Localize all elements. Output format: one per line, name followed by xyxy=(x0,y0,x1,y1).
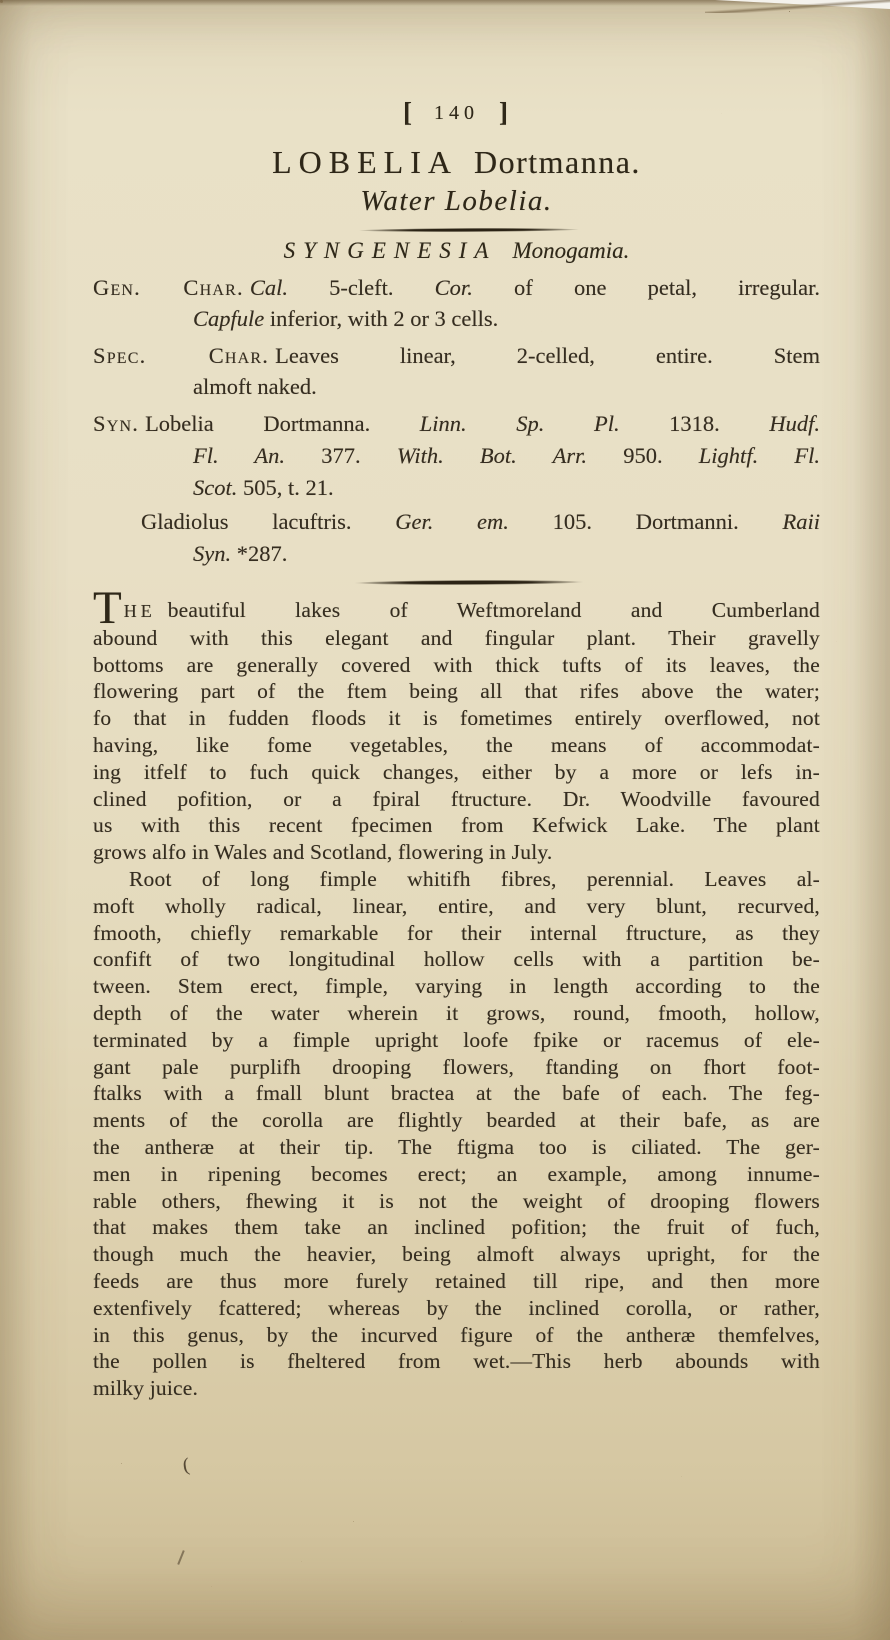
text-run: Lobelia Dortmanna. xyxy=(145,411,420,436)
italic-citation: Cal. xyxy=(250,275,288,300)
text-line: fmooth, chiefly remarkable for their int… xyxy=(93,920,820,947)
text-line: us with this recent fpecimen from Kefwic… xyxy=(93,812,820,839)
text-line: Gladiolus lacuftris. Ger. em. 105. Dortm… xyxy=(141,506,820,538)
text-line: ftalks with a fmall blunt bractea at the… xyxy=(93,1080,820,1107)
class-name: SYNGENESIA xyxy=(284,238,497,263)
text-run: almoft naked. xyxy=(193,374,317,399)
text-block: [140] LOBELIADortmanna. Water Lobelia. S… xyxy=(93,0,820,1402)
stray-ink-mark-paren: ( xyxy=(181,1455,190,1478)
text-run: inferior, with 2 or 3 cells. xyxy=(264,306,498,331)
text-run: 377. xyxy=(285,443,397,468)
italic-citation: Raii xyxy=(783,509,821,534)
text-line: abound with this elegant and fingular pl… xyxy=(93,625,820,652)
italic-citation: Hudf. xyxy=(769,411,820,436)
header-divider-rule xyxy=(357,228,579,233)
text-line: depth of the water wherein it grows, rou… xyxy=(93,1000,820,1027)
text-line: the pollen is fheltered from wet.—This h… xyxy=(93,1348,820,1375)
first-line-text: beautiful lakes of Weftmoreland and Cumb… xyxy=(168,598,820,622)
genus-name: LOBELIA xyxy=(272,144,458,180)
section-divider-rule xyxy=(353,579,583,585)
text-line: extenfively fcattered; whereas by the in… xyxy=(93,1295,820,1322)
text-line: ments of the corolla are flightly bearde… xyxy=(93,1107,820,1134)
text-run: of one petal, irregular. xyxy=(473,275,820,300)
paragraph-description-1: THEbeautiful lakes of Weftmoreland and C… xyxy=(93,597,820,866)
italic-citation: With. Bot. Arr. xyxy=(397,443,587,468)
common-name: Water Lobelia. xyxy=(93,185,820,218)
scanned-book-page: [140] LOBELIADortmanna. Water Lobelia. S… xyxy=(0,0,890,1640)
text-line: Fl. An. 377. With. Bot. Arr. 950. Lightf… xyxy=(193,440,820,472)
text-line: almoft naked. xyxy=(193,371,820,402)
page-number: [140] xyxy=(93,0,820,128)
species-title: LOBELIADortmanna. xyxy=(93,144,820,181)
italic-citation: Linn. Sp. Pl. xyxy=(420,411,620,436)
small-caps-label: Spec. Char. xyxy=(93,343,269,368)
paragraph-description-2: Root of long fimple whitifh fibres, pere… xyxy=(93,866,820,1402)
synonyms-entry-gladiolus: Gladiolus lacuftris. Ger. em. 105. Dortm… xyxy=(93,506,820,570)
text-line: moft wholly radical, linear, entire, and… xyxy=(93,893,820,920)
text-line: men in ripening becomes erect; an exampl… xyxy=(93,1161,820,1188)
italic-citation: Capfule xyxy=(193,306,264,331)
linnaean-classification: SYNGENESIAMonogamia. xyxy=(93,238,820,264)
page-number-close-bracket: ] xyxy=(499,97,510,127)
paragraph-1-lines: abound with this elegant and fingular pl… xyxy=(93,625,820,866)
text-run: *287. xyxy=(231,541,287,566)
text-line: terminated by a fimple upright loofe fpi… xyxy=(93,1027,820,1054)
stray-ink-mark-slash xyxy=(177,1550,184,1565)
page-number-value: 140 xyxy=(434,102,479,124)
text-line: Syn. *287. xyxy=(193,538,820,570)
text-line: flowering part of the ftem being all tha… xyxy=(93,678,820,705)
text-line: fo that in fudden floods it is fometimes… xyxy=(93,705,820,732)
synonyms-entry: Syn.Lobelia Dortmanna. Linn. Sp. Pl. 131… xyxy=(93,408,820,504)
text-line: Capfule inferior, with 2 or 3 cells. xyxy=(193,303,820,334)
text-line: though much the heavier, being almoft al… xyxy=(93,1241,820,1268)
text-line: having, like fome vegetables, the means … xyxy=(93,732,820,759)
small-caps-label: Syn. xyxy=(93,411,139,436)
specific-character-entry: Spec. Char.Leaves linear, 2-celled, enti… xyxy=(93,340,820,402)
text-line: rable others, fhewing it is not the weig… xyxy=(93,1188,820,1215)
text-line: in this genus, by the incurved figure of… xyxy=(93,1322,820,1349)
italic-citation: Scot. xyxy=(193,475,237,500)
text-line: feeds are thus more furely retained till… xyxy=(93,1268,820,1295)
text-line: milky juice. xyxy=(93,1375,820,1402)
text-line: Syn.Lobelia Dortmanna. Linn. Sp. Pl. 131… xyxy=(93,408,820,440)
text-line: confift of two longitudinal hollow cells… xyxy=(93,946,820,973)
text-line: Root of long fimple whitifh fibres, pere… xyxy=(93,866,820,893)
order-name: Monogamia. xyxy=(512,238,629,263)
italic-citation: Cor. xyxy=(435,275,473,300)
text-line: bottoms are generally covered with thick… xyxy=(93,652,820,679)
generic-character-entry: Gen. Char.Cal. 5-cleft. Cor. of one peta… xyxy=(93,272,820,334)
text-run: 505, t. 21. xyxy=(237,475,333,500)
text-line: tween. Stem erect, fimple, varying in le… xyxy=(93,973,820,1000)
page-number-open-bracket: [ xyxy=(403,97,414,127)
italic-citation: Ger. em. xyxy=(395,509,509,534)
text-run: 950. xyxy=(587,443,699,468)
text-line: gant pale purplifh drooping flowers, fta… xyxy=(93,1054,820,1081)
text-line: Gen. Char.Cal. 5-cleft. Cor. of one peta… xyxy=(93,272,820,303)
text-line: the antheræ at their tip. The ftigma too… xyxy=(93,1134,820,1161)
italic-citation: Syn. xyxy=(193,541,231,566)
text-run: Leaves linear, 2-celled, entire. Stem xyxy=(275,343,820,368)
italic-citation: Lightf. Fl. xyxy=(699,443,820,468)
lead-in-caps: HE xyxy=(124,601,156,621)
text-run: Gladiolus lacuftris. xyxy=(141,509,395,534)
small-caps-label: Gen. Char. xyxy=(93,275,244,300)
text-line: ing itfelf to fuch quick changes, either… xyxy=(93,759,820,786)
text-run: 5-cleft. xyxy=(288,275,435,300)
text-line: Spec. Char.Leaves linear, 2-celled, enti… xyxy=(93,340,820,371)
text-line: Scot. 505, t. 21. xyxy=(193,472,820,504)
first-line-with-drop-cap: THEbeautiful lakes of Weftmoreland and C… xyxy=(93,597,820,625)
italic-citation: Fl. An. xyxy=(193,443,285,468)
text-run: 1318. xyxy=(620,411,770,436)
species-epithet: Dortmanna. xyxy=(474,144,641,180)
text-line: grows alfo in Wales and Scotland, flower… xyxy=(93,839,820,866)
text-line: that makes them take an inclined pofitio… xyxy=(93,1214,820,1241)
text-run: 105. Dortmanni. xyxy=(509,509,783,534)
text-line: clined pofition, or a fpiral ftructure. … xyxy=(93,786,820,813)
